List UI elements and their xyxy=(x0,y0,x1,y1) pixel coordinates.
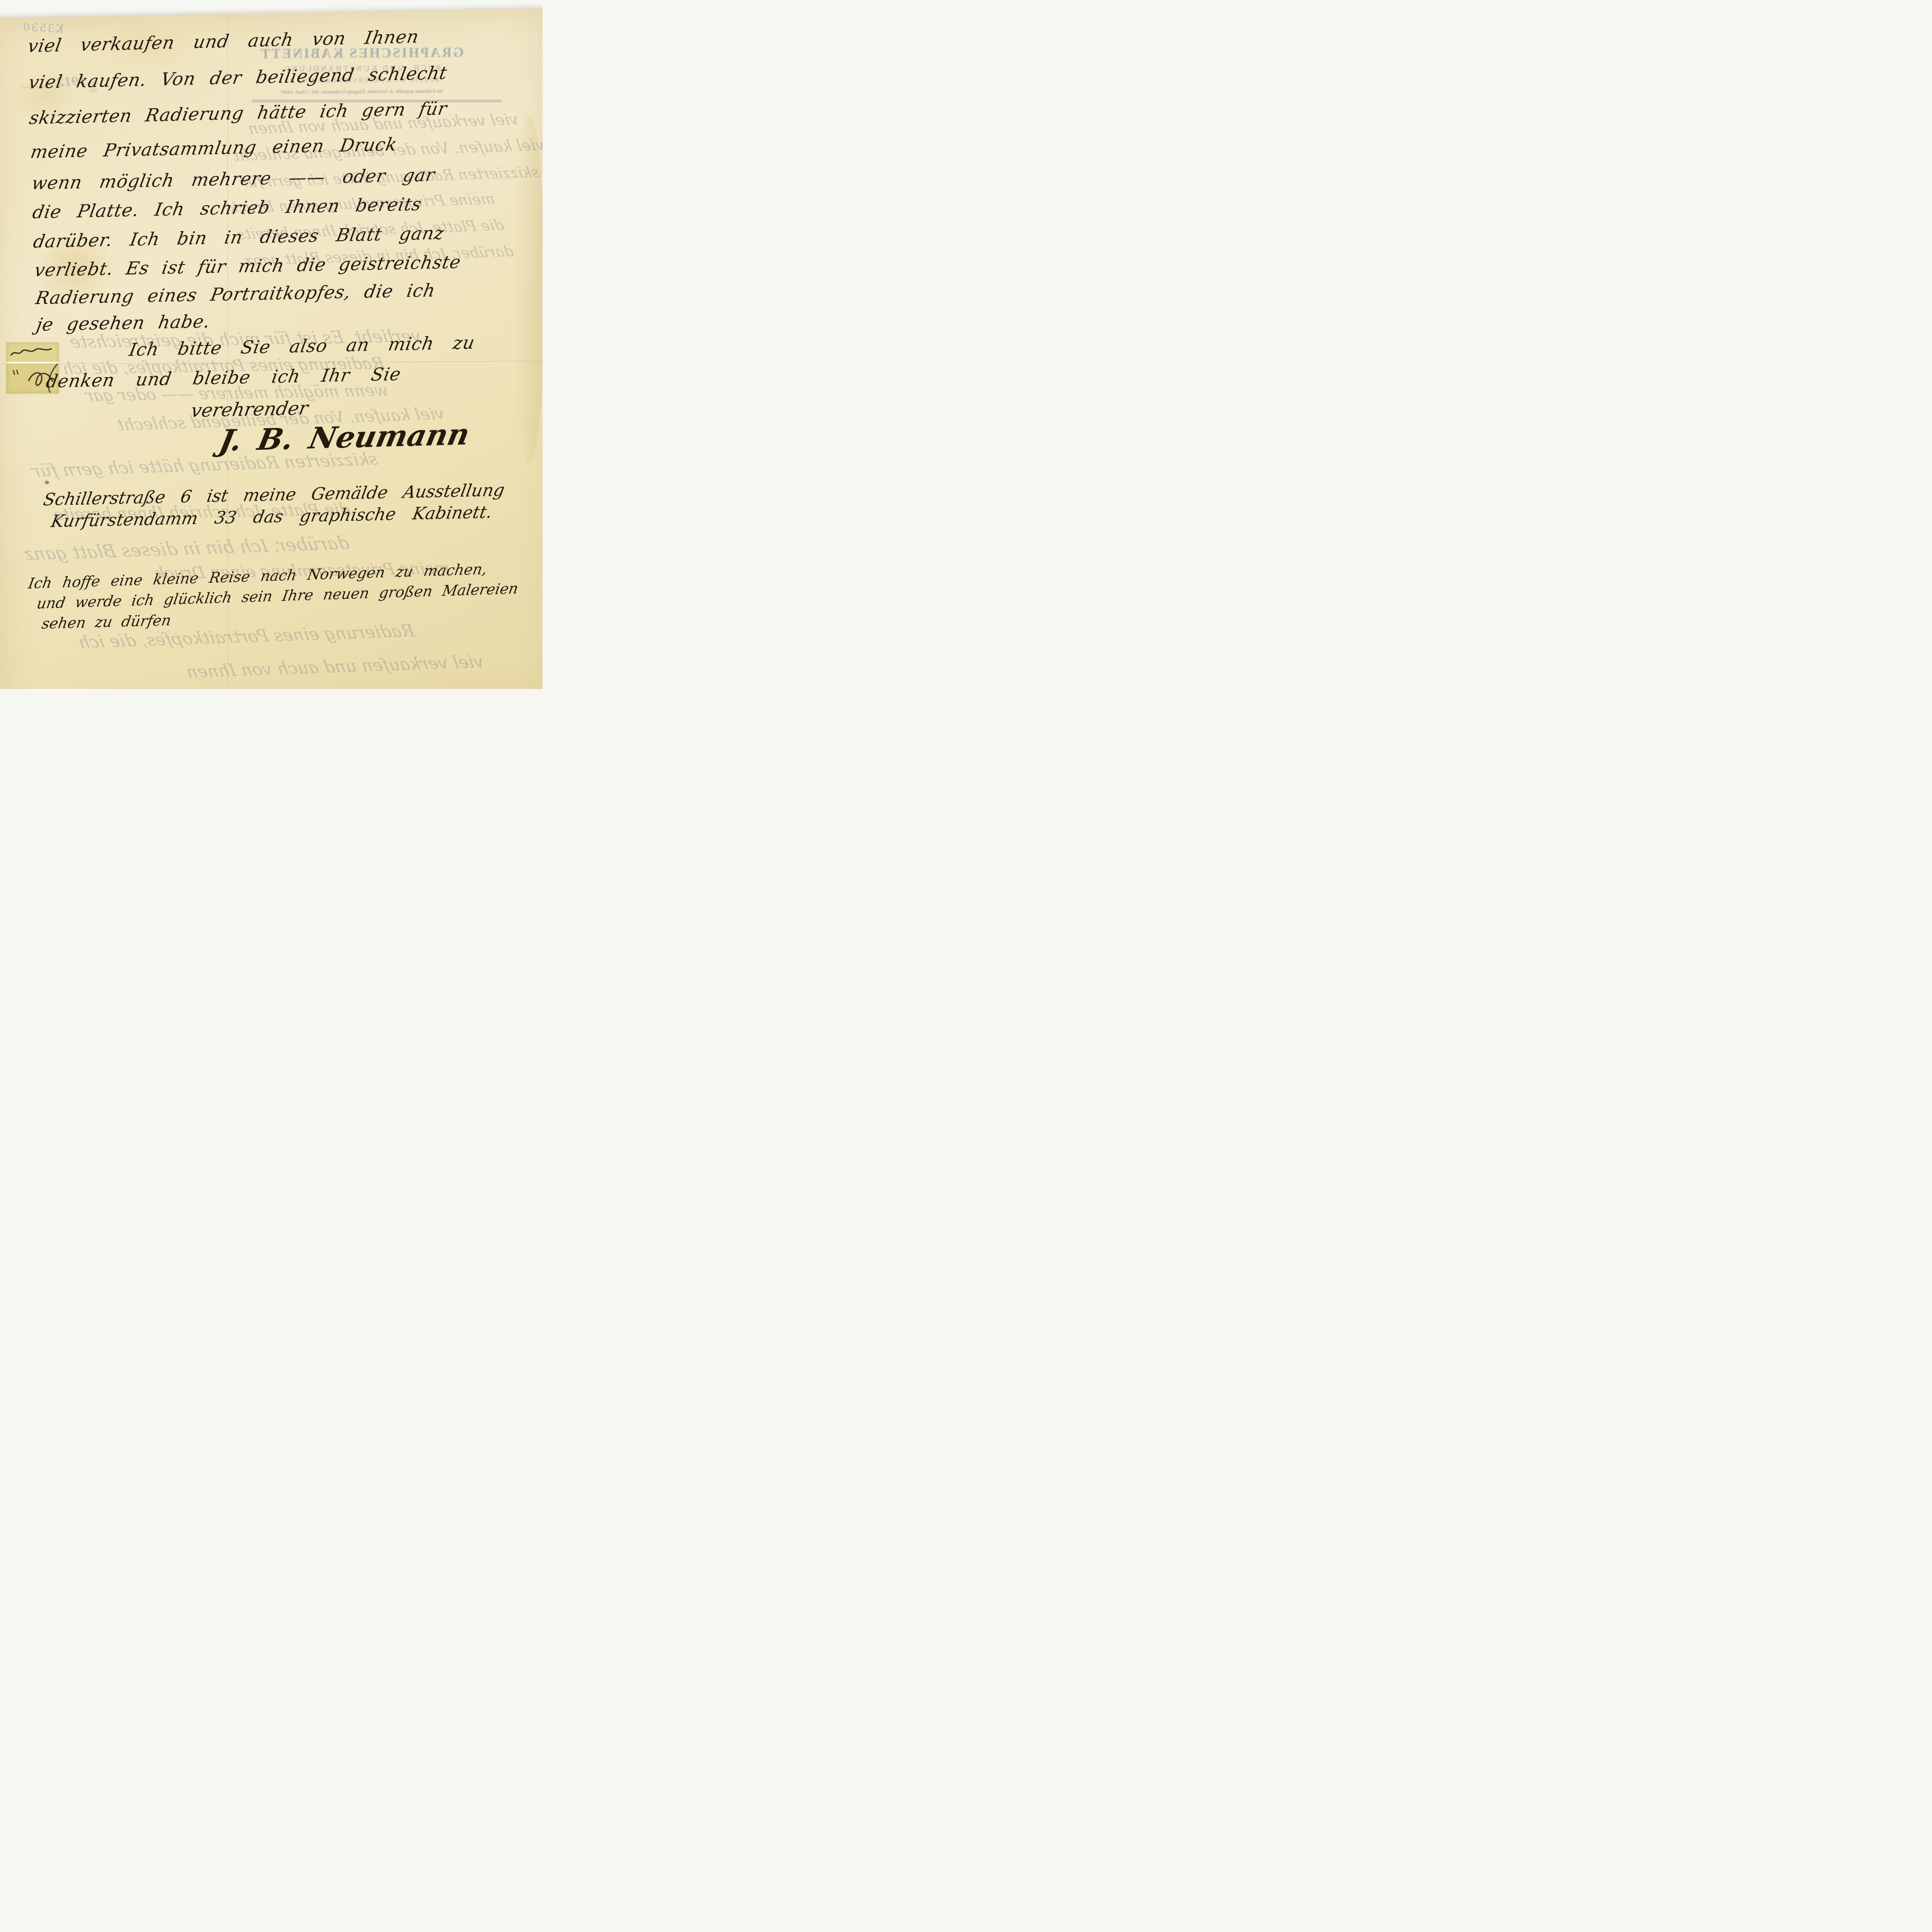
letter-closing-line: verehrender xyxy=(189,397,310,422)
letter-line: die Platte. Ich schrieb Ihnen bereits xyxy=(31,194,423,223)
bleedthrough-line: viel verkaufen und auch von Ihnen xyxy=(184,652,485,682)
paper-speck xyxy=(45,481,49,484)
letter-line: je gesehen habe. xyxy=(35,311,212,335)
scanned-letter-page: { "scan": { "catalog_number_ghost": "K35… xyxy=(0,0,543,689)
signature: J. B. Neumann xyxy=(216,417,473,458)
postscript-line: sehen zu dürfen xyxy=(41,612,172,632)
catalog-number-ghost: K3530 xyxy=(21,21,64,36)
letter-line: wenn möglich mehrere —— oder gar xyxy=(30,164,437,194)
letter-content-layer: K3530 GRAPHISCHES KABINETT BUCH- UND KUN… xyxy=(0,0,543,689)
letterhead-directions-line: Im Eckhause gegenüb. d. Secession, Einga… xyxy=(253,88,470,95)
bleedthrough-line: darüber. Ich bin in dieses Blatt ganz xyxy=(22,532,351,564)
